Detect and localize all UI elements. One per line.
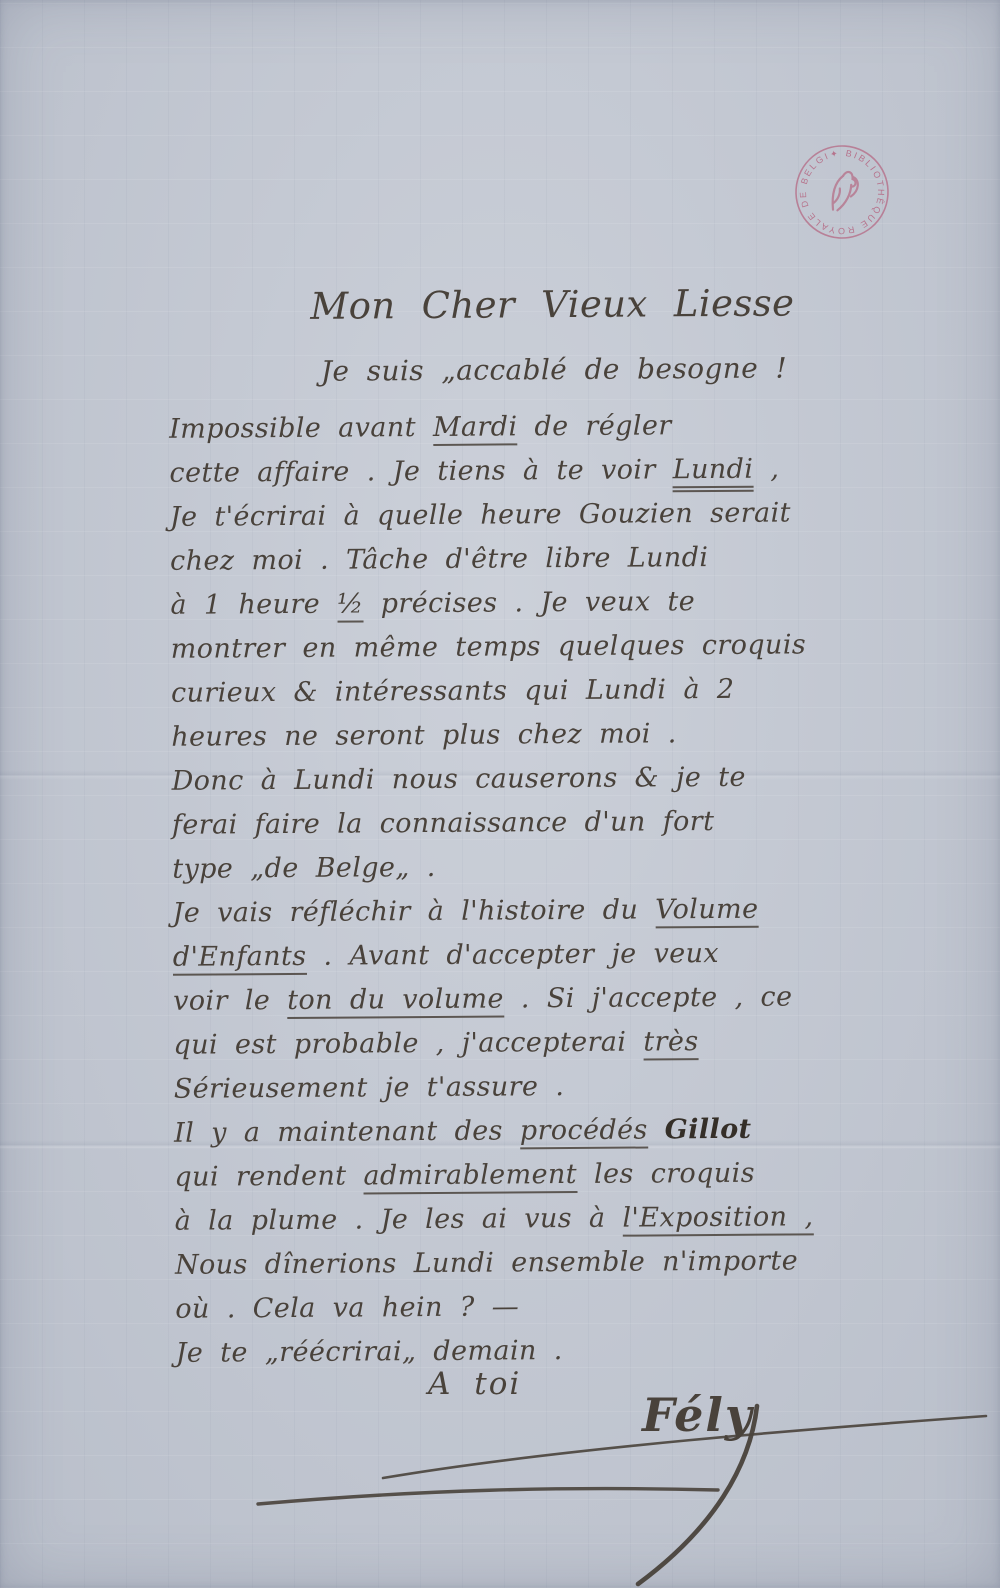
- line-text: Je t'écrirai à quelle heure Gouzien sera…: [170, 497, 791, 532]
- line-text: Nous dînerions Lundi ensemble n'importe: [175, 1245, 798, 1280]
- letter-line: montrer en même temps quelques croquis: [171, 628, 971, 678]
- line-text: de régler: [517, 410, 671, 442]
- line-text: ,: [753, 454, 779, 485]
- line-text: Il y a maintenant des: [174, 1115, 520, 1148]
- letter-line: Je vais réfléchir à l'histoire du Volume: [172, 892, 972, 942]
- letter-line: voir le ton du volume . Si j'accepte , c…: [173, 980, 973, 1030]
- salutation: Mon Cher Vieux Liesse: [310, 280, 968, 355]
- letter-line: à la plume . Je les ai vus à l'Expositio…: [175, 1200, 975, 1250]
- line-text: curieux & intéressants qui Lundi à 2: [171, 674, 735, 709]
- double-underlined-word: Lundi: [673, 454, 754, 493]
- line-text: ferai faire la connaissance d'un fort: [172, 806, 715, 841]
- underlined-word: Volume: [655, 894, 759, 929]
- underlined-word: d'Enfants: [173, 941, 307, 976]
- letter-line: chez moi . Tâche d'être libre Lundi: [170, 540, 970, 590]
- fraction-half: ½: [337, 588, 364, 622]
- closing-text: A toi: [428, 1366, 521, 1402]
- line-text: heures ne seront plus chez moi .: [171, 718, 677, 753]
- line-text: Je te „réécrirai„ demain .: [176, 1335, 563, 1369]
- closing: A toi: [428, 1366, 521, 1402]
- letter-line: où . Cela va hein ? —: [175, 1288, 975, 1338]
- letter-line: Il y a maintenant des procédés Gillot: [174, 1112, 974, 1162]
- letter-line: d'Enfants . Avant d'accepter je veux: [173, 936, 973, 986]
- line-text: Je suis „accablé de besogne !: [321, 351, 788, 387]
- letter-line: Nous dînerions Lundi ensemble n'importe: [175, 1244, 975, 1294]
- underlined-word: Mardi: [433, 411, 518, 446]
- line-text: . Avant d'accepter je veux: [306, 938, 719, 972]
- letter-line: Je t'écrirai à quelle heure Gouzien sera…: [170, 496, 970, 546]
- line-text: précises . Je veux te: [364, 586, 696, 619]
- letter-line: Je suis „accablé de besogne !: [321, 350, 969, 413]
- line-text: Je vais réfléchir à l'histoire du: [172, 894, 655, 928]
- line-text: . Si j'accepte , ce: [504, 981, 793, 1014]
- letter-line: à 1 heure ½ précises . Je veux te: [170, 584, 970, 634]
- line-text: voir le: [173, 985, 287, 1017]
- line-text: qui rendent: [174, 1160, 363, 1192]
- underlined-word: l'Exposition ,: [622, 1201, 813, 1236]
- letter-line: qui rendent admirablement les croquis: [174, 1156, 974, 1206]
- signature-text: Fély: [642, 1388, 754, 1442]
- line-text: Sérieusement je t'assure .: [174, 1071, 565, 1105]
- bold-word-gillot: Gillot: [665, 1114, 752, 1146]
- signature: Fély: [642, 1388, 754, 1442]
- letter-line: Impossible avant Mardi de régler: [169, 408, 969, 458]
- line-text: Impossible avant: [169, 412, 433, 445]
- letter-line: type „de Belge„ .: [172, 848, 972, 898]
- line-text: chez moi . Tâche d'être libre Lundi: [170, 542, 708, 577]
- line-text: les croquis: [577, 1158, 755, 1190]
- letter-line: heures ne seront plus chez moi .: [171, 716, 971, 766]
- line-text: où . Cela va hein ? —: [175, 1291, 519, 1324]
- letter-line: Sérieusement je t'assure .: [174, 1068, 974, 1118]
- line-text: montrer en même temps quelques croquis: [171, 629, 807, 664]
- line-text: type „de Belge„ .: [172, 852, 436, 885]
- salutation-text: Mon Cher Vieux Liesse: [310, 281, 794, 327]
- letter-line: qui est probable , j'accepterai très: [173, 1024, 973, 1074]
- underlined-word: très: [643, 1026, 698, 1060]
- line-text: [648, 1114, 665, 1145]
- underlined-phrase: ton du volume: [287, 983, 504, 1019]
- line-text: Donc à Lundi nous causerons & je te: [172, 762, 746, 797]
- line-text: à la plume . Je les ai vus à: [175, 1203, 623, 1237]
- line-text: cette affaire . Je tiens à te voir: [169, 454, 672, 489]
- underlined-word: procédés: [520, 1114, 648, 1149]
- letter-body: Mon Cher Vieux Liesse Je suis „accablé d…: [168, 280, 976, 1382]
- letter-line: Je te „réécrirai„ demain .: [176, 1332, 976, 1382]
- letter-line: Donc à Lundi nous causerons & je te: [172, 760, 972, 810]
- line-text: qui est probable , j'accepterai: [173, 1027, 643, 1061]
- underlined-word: admirablement: [363, 1159, 577, 1194]
- letter-line: cette affaire . Je tiens à te voir Lundi…: [169, 452, 969, 502]
- letter-line: ferai faire la connaissance d'un fort: [172, 804, 972, 854]
- letter-line: curieux & intéressants qui Lundi à 2: [171, 672, 971, 722]
- line-text: à 1 heure: [170, 589, 337, 621]
